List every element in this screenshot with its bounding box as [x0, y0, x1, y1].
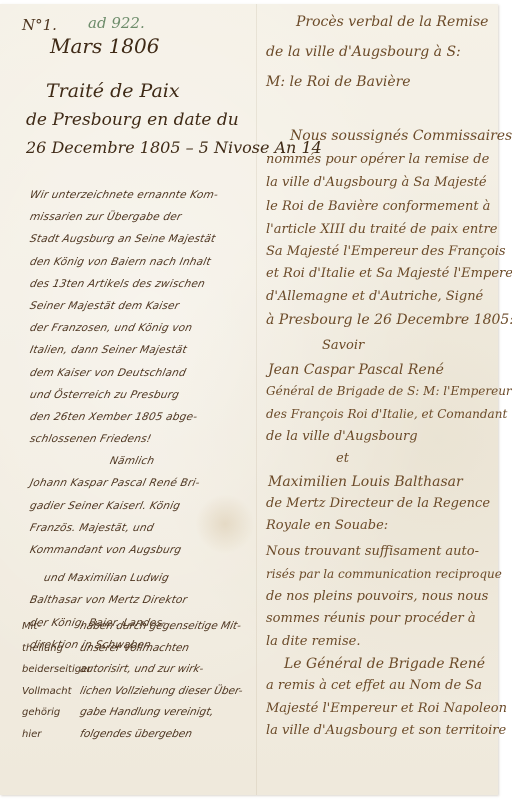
- right-body-line: la dite remise.: [266, 634, 360, 649]
- right-title-line-2: de la ville d'Augsbourg à S:: [266, 44, 461, 60]
- german-line: Johann Kaspar Pascal René Bri-: [28, 472, 263, 494]
- german-line: lichen Vollziehung dieser Über-: [78, 681, 245, 703]
- german-line: und Österreich zu Presburg: [28, 384, 263, 406]
- right-body-line: Sa Majesté l'Empereur des François: [266, 244, 506, 259]
- german-line: der Franzosen, und König von: [28, 317, 263, 339]
- german-line: des 13ten Artikels des zwischen: [28, 273, 263, 295]
- german-line: missarien zur Übergabe der: [28, 206, 263, 228]
- right-body-line: nommés pour opérer la remise de: [266, 152, 489, 167]
- right-body-line: Jean Caspar Pascal René: [268, 362, 444, 378]
- german-line: Seiner Majestät dem Kaiser: [28, 295, 263, 317]
- german-line: autorisirt, und zur wirk-: [78, 659, 245, 681]
- german-line: schlossenen Friedens!: [28, 428, 263, 450]
- right-body-line: Nous trouvant suffisament auto-: [266, 544, 479, 559]
- right-body-line: et Roi d'Italie et Sa Majesté l'Empereur: [266, 266, 512, 281]
- archive-annotation: ad 922.: [88, 14, 145, 32]
- right-body-line: de la ville d'Augsbourg: [266, 429, 418, 444]
- right-body-line: l'article XIII du traité de paix entre: [266, 222, 497, 237]
- right-body-line: Majesté l'Empereur et Roi Napoleon: [266, 701, 507, 716]
- date-heading: Mars 1806: [50, 34, 159, 58]
- german-line: dem Kaiser von Deutschland: [28, 362, 263, 384]
- right-body-line: de nos pleins pouvoirs, nous nous: [266, 589, 488, 604]
- right-body-line: de Mertz Directeur de la Regence: [266, 496, 490, 511]
- german-line: gabe Handlung vereinigt,: [78, 702, 245, 724]
- right-body-line: Royale en Souabe:: [266, 518, 388, 533]
- reference-number: N°1.: [22, 16, 57, 34]
- right-body-line: Maximilien Louis Balthasar: [268, 474, 463, 490]
- right-body-line: le Roi de Bavière conformement à: [266, 199, 490, 214]
- german-line: den 26ten Xember 1805 abge-: [28, 406, 263, 428]
- right-title-line-1: Procès verbal de la Remise: [296, 14, 488, 30]
- left-heading-line-1: Traité de Paix: [46, 80, 180, 102]
- left-heading-line-2: de Presbourg en date du: [26, 110, 239, 130]
- right-title-line-3: M: le Roi de Bavière: [266, 74, 411, 90]
- german-line: Französ. Majestät, und: [28, 517, 263, 539]
- right-body-line: la ville d'Augsbourg et son territoire: [266, 723, 506, 738]
- left-column-german-indented: haben durch gegenseitige Mit- unserer Vo…: [80, 616, 242, 745]
- right-body-savoir: Savoir: [322, 338, 364, 353]
- german-line: haben durch gegenseitige Mit-: [78, 616, 245, 638]
- german-line: Kommandant von Augsburg: [28, 539, 263, 561]
- right-body-line: risés par la communication reciproque: [266, 567, 502, 581]
- german-line: und Maximilian Ludwig: [28, 567, 263, 589]
- left-column-german-text: Wir unterzeichnete ernannte Kom- missari…: [30, 184, 260, 656]
- right-body-line: Le Général de Brigade René: [284, 656, 485, 672]
- right-body-line: des François Roi d'Italie, et Comandant: [266, 407, 507, 421]
- german-line: folgendes übergeben: [78, 724, 245, 746]
- right-body-line: sommes réunis pour procéder à: [266, 611, 476, 626]
- right-body-et: et: [336, 451, 349, 466]
- right-body-line: la ville d'Augsbourg à Sa Majesté: [266, 175, 487, 190]
- right-body-line: Général de Brigade de S: M: l'Empereur: [266, 384, 512, 398]
- german-line: Wir unterzeichnete ernannte Kom-: [28, 184, 263, 206]
- german-line: Balthasar von Mertz Direktor: [28, 589, 263, 611]
- german-line: Italien, dann Seiner Majestät: [28, 339, 263, 361]
- german-line: unserer Vollmachten: [78, 638, 245, 660]
- right-body-line: d'Allemagne et d'Autriche, Signé: [266, 289, 483, 304]
- german-line: den König von Baiern nach Inhalt: [28, 251, 263, 273]
- german-line: Stadt Augsburg an Seine Majestät: [28, 228, 263, 250]
- german-line-namely: Nämlich: [28, 450, 263, 472]
- right-body-line: Nous soussignés Commissaires: [290, 128, 512, 144]
- german-line: gadier Seiner Kaiserl. König: [28, 495, 263, 517]
- right-body-line: a remis à cet effet au Nom de Sa: [266, 678, 482, 693]
- manuscript-page: N°1. ad 922. Mars 1806 Traité de Paix de…: [0, 4, 498, 795]
- right-body-line: à Presbourg le 26 Decembre 1805:: [266, 312, 512, 328]
